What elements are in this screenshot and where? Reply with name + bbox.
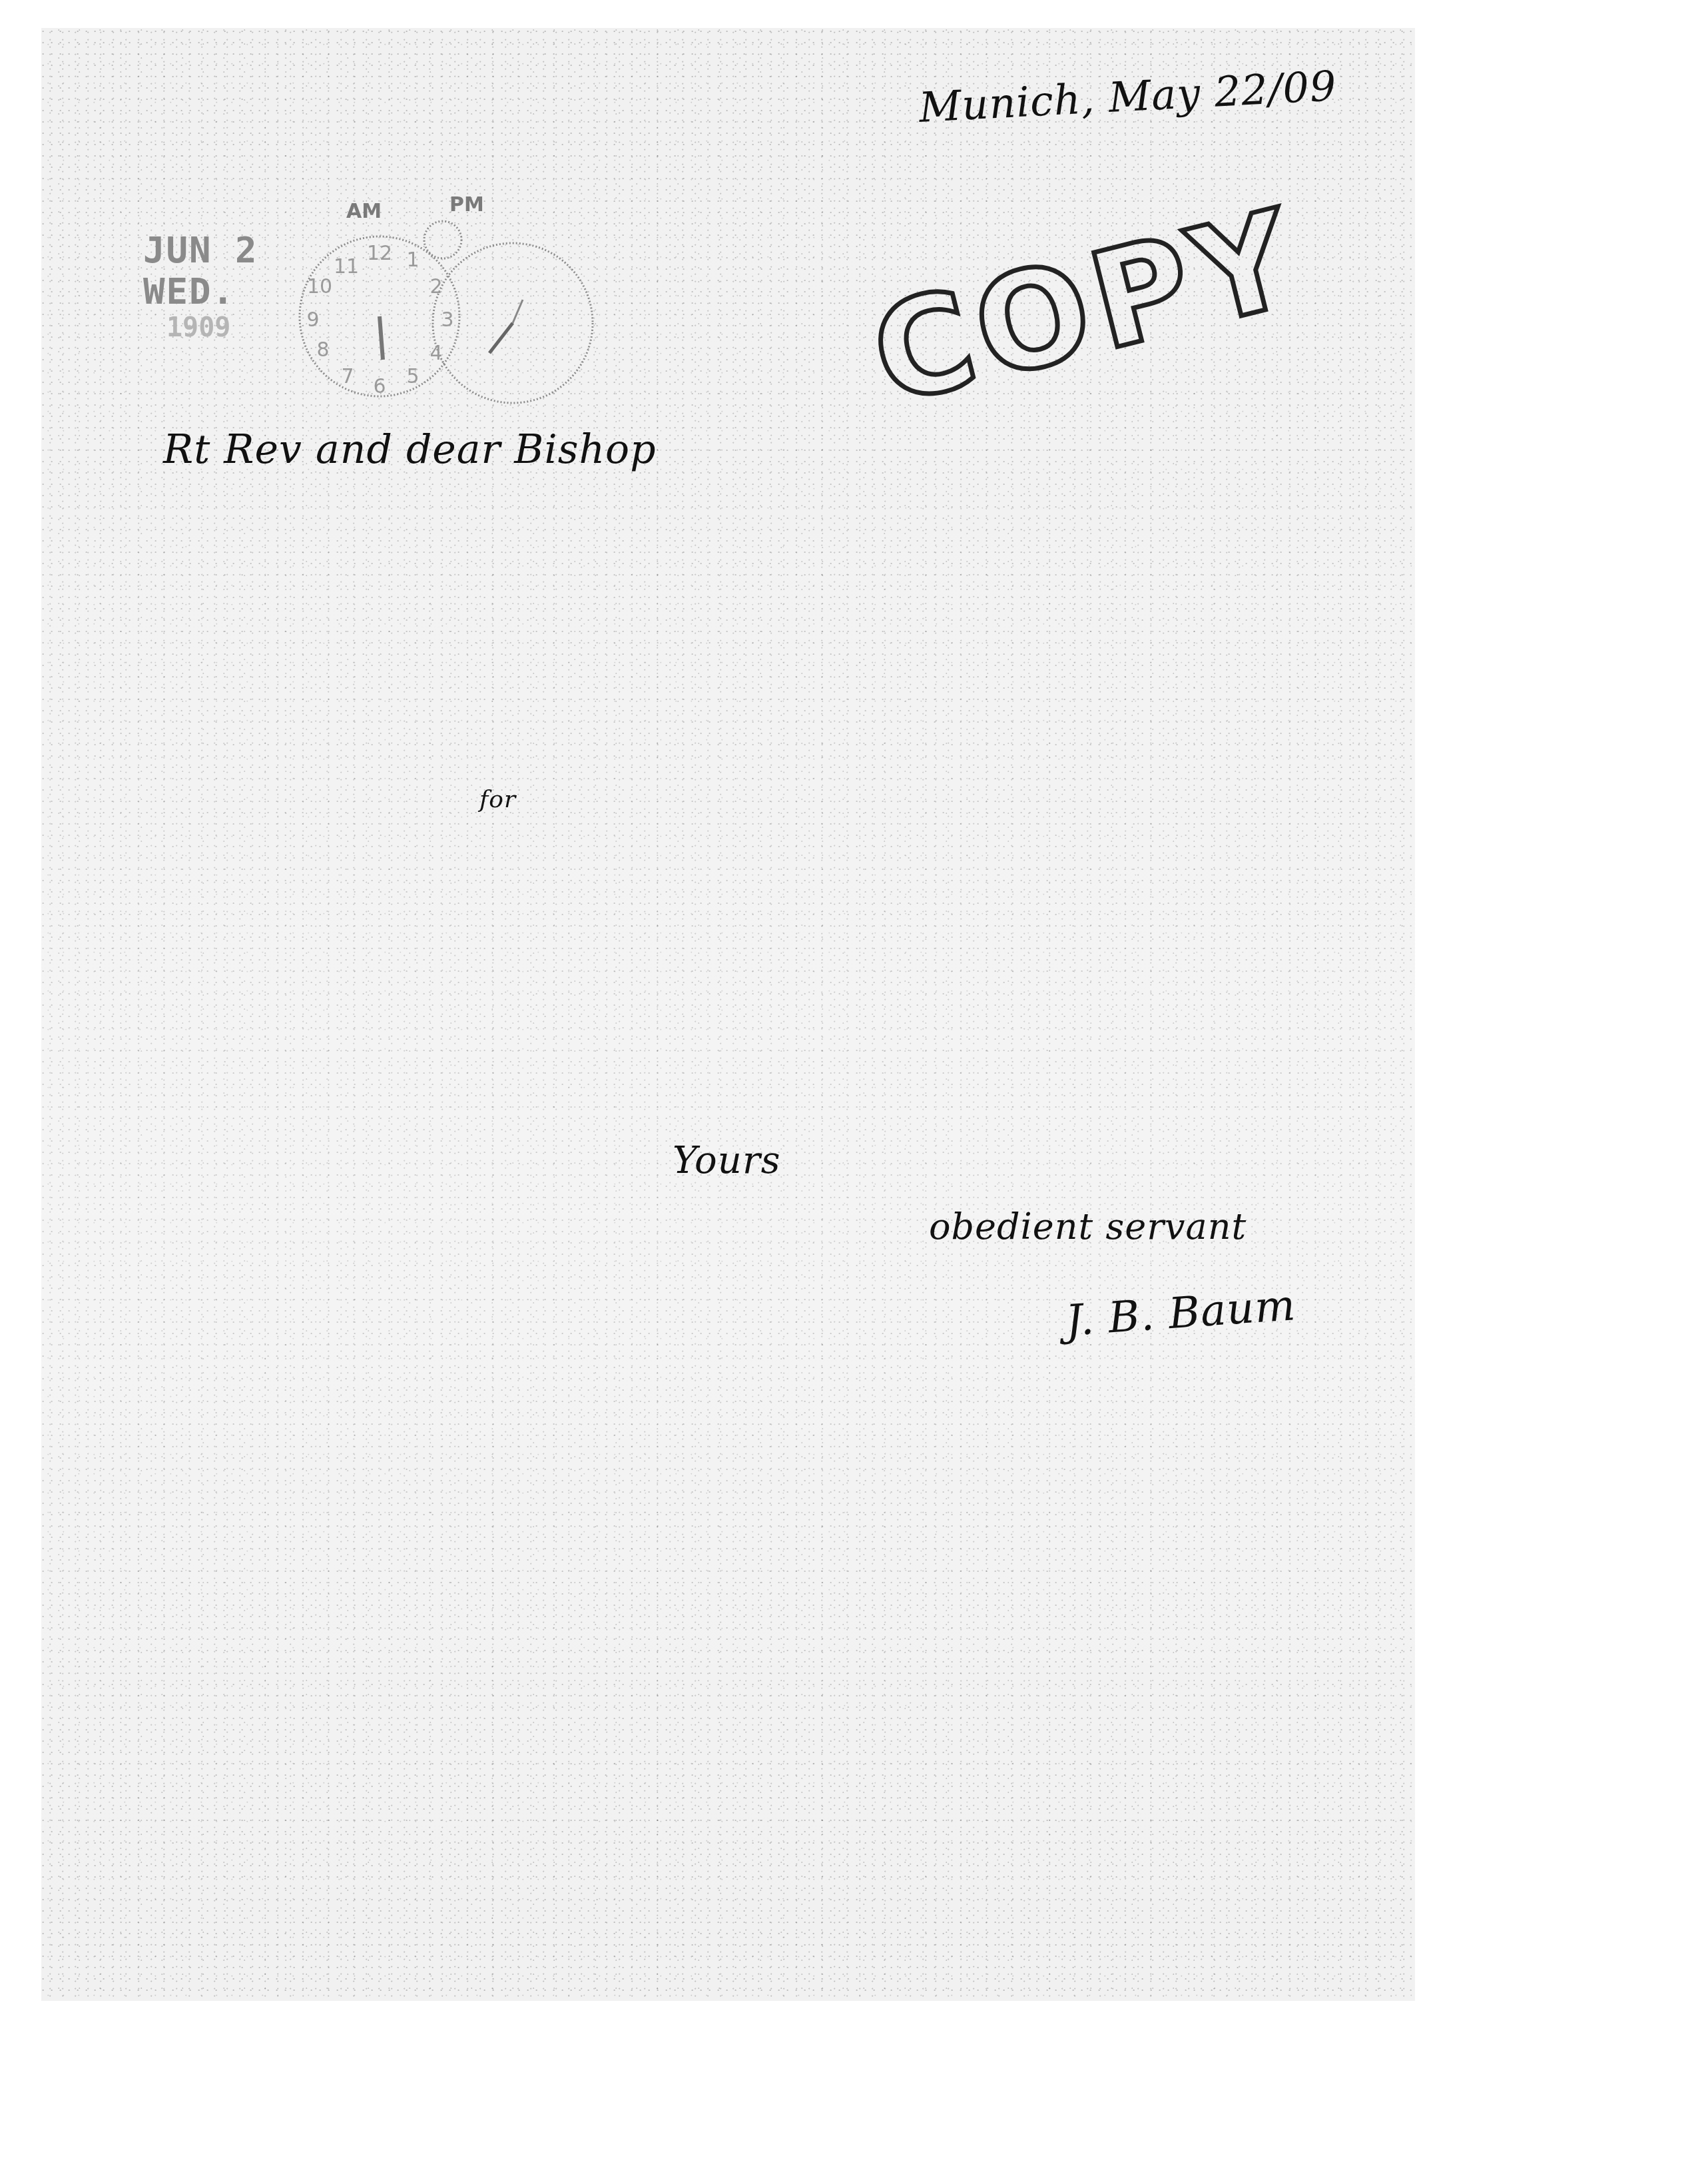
svg-text:5: 5 — [406, 365, 419, 388]
svg-text:3: 3 — [441, 308, 453, 332]
clock-faces-icon: 11121 234 567 8910 — [293, 193, 626, 413]
salutation: Rt Rev and dear Bishop — [163, 426, 657, 473]
svg-text:8: 8 — [316, 338, 329, 362]
clock-time-stamp: AM PM 11121 234 567 8910 — [293, 193, 626, 413]
received-date-stamp: JUN 2 WED. 1909 — [143, 230, 258, 343]
svg-text:10: 10 — [307, 275, 332, 298]
svg-text:9: 9 — [306, 308, 319, 332]
closing-yours: Yours — [673, 1139, 780, 1182]
svg-text:6: 6 — [373, 375, 386, 398]
stamp-year: 1909 — [143, 312, 258, 343]
svg-text:4: 4 — [429, 342, 442, 365]
svg-text:7: 7 — [341, 365, 354, 388]
interlinear-insert: for — [479, 786, 516, 813]
svg-text:11: 11 — [334, 255, 359, 278]
closing-servant: obedient servant — [929, 1206, 1247, 1248]
stamp-month-day: JUN 2 — [143, 230, 258, 271]
svg-text:1: 1 — [406, 248, 419, 272]
svg-text:12: 12 — [367, 242, 392, 265]
svg-text:2: 2 — [429, 275, 442, 298]
stamp-weekday: WED. — [143, 271, 258, 312]
